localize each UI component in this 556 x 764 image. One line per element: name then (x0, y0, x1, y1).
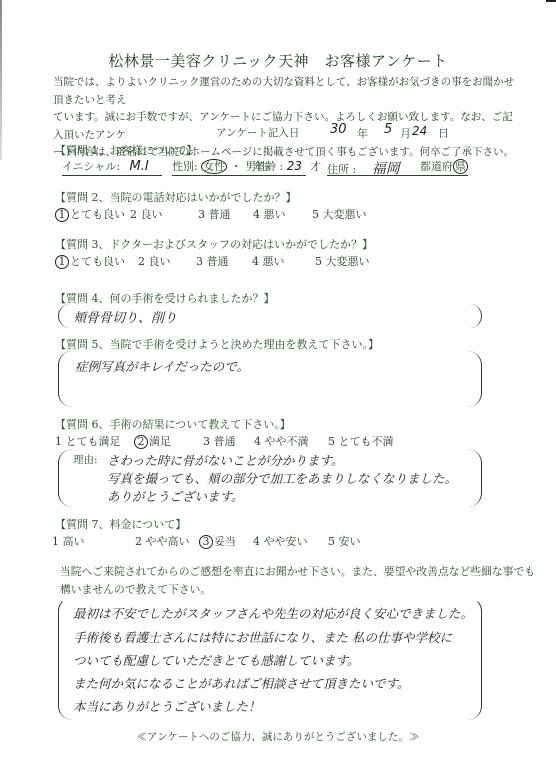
q3-option-5[interactable]: 5 大変悪い (315, 253, 370, 269)
q6-option-5-num: 5 (328, 435, 335, 448)
q3-option-3[interactable]: 3 普通 (196, 253, 229, 269)
q6-option-5-label: とても不満 (339, 435, 394, 448)
q7-option-3[interactable]: 3妥当 (199, 533, 236, 549)
q2-option-1[interactable]: 1とても良い (55, 206, 125, 222)
scan-edge-corner (546, 0, 556, 2)
q7-option-2-num: 2 (135, 535, 142, 548)
impressions-answer-box[interactable]: 最初は不安でしたがスタッフさんや先生の対応が良く安心できました。 手術後も看護士… (58, 597, 482, 720)
q6-option-4-label: やや不満 (265, 435, 309, 448)
q7-option-4-num: 4 (253, 535, 260, 548)
q6-option-2-label: 満足 (149, 435, 171, 448)
gender-field[interactable]: 性別: 女性 ・ 男性 (172, 158, 267, 176)
initials-label: イニシャル: (62, 160, 120, 173)
q3-option-2-label: 良い (149, 255, 171, 268)
q3-option-5-num: 5 (315, 255, 322, 268)
prefecture-option-ken[interactable]: 県 (453, 159, 468, 174)
q2-option-3-num: 3 (198, 208, 205, 221)
q6-option-3[interactable]: 3 普通 (203, 433, 236, 449)
scan-edge (0, 0, 2, 160)
q6-reason-line: 写真を撮っても、頬の部分で加工をあまりしなくなりました。 (107, 469, 457, 487)
address-label: 住所 : (327, 163, 356, 176)
q6-reason-line: さわった時に骨がないことが分かります。 (107, 451, 343, 469)
address-value: 福岡 (372, 161, 400, 177)
q6-option-3-label: 普通 (214, 435, 236, 448)
q1-heading: 【質問 1、お客様について】 (55, 142, 197, 158)
q3-option-5-label: 大変悪い (326, 255, 370, 268)
age-field[interactable]: 年齢 : 23 (254, 158, 306, 176)
q4-answer: 頬骨骨切り、削り (73, 307, 177, 326)
q6-option-4[interactable]: 4 やや不満 (254, 433, 309, 449)
q5-answer: 症例写真がキレイだったので。 (75, 357, 249, 375)
q7-option-5-label: 安い (339, 535, 361, 548)
q2-option-4[interactable]: 4 悪い (253, 206, 286, 222)
q6-option-1-label: とても満足 (66, 435, 121, 448)
gender-separator: ・ (231, 160, 242, 173)
q6-option-5[interactable]: 5 とても不満 (328, 433, 394, 449)
prefecture-field[interactable]: 都道府県 (420, 158, 468, 176)
q6-heading: 【質問 6、手術の結果について教えて下さい。】 (55, 416, 291, 432)
q6-option-2-num: 2 (134, 435, 148, 449)
impressions-answer-line: ついても配慮していただきとても感謝しています。 (73, 651, 360, 669)
entry-date-day-unit: 日 (438, 125, 449, 141)
q3-option-3-num: 3 (196, 255, 203, 268)
q3-option-4[interactable]: 4 悪い (252, 253, 285, 269)
q2-option-4-label: 悪い (264, 208, 286, 221)
q3-option-1-label: とても良い (70, 255, 125, 268)
q7-option-4-label: やや安い (264, 535, 308, 548)
q3-option-2-num: 2 (138, 255, 145, 268)
q7-option-1[interactable]: 1 高い (52, 533, 85, 549)
q2-option-1-label: とても良い (70, 208, 125, 221)
age-unit: 才 (310, 158, 321, 174)
q2-option-2-label: 良い (141, 208, 163, 221)
entry-date-month-unit: 月 (400, 125, 411, 141)
entry-date-year: 30 (330, 122, 347, 137)
q6-reason-line: ありがとうございます。 (107, 487, 244, 505)
q7-heading: 【質問 7、料金について】 (55, 516, 186, 532)
impressions-answer-line: 最初は不安でしたがスタッフさんや先生の対応が良く安心できました。 (73, 604, 473, 622)
q3-option-2[interactable]: 2 良い (138, 253, 171, 269)
gender-option-female[interactable]: 女性 (201, 159, 227, 174)
q7-option-4[interactable]: 4 やや安い (253, 533, 308, 549)
q2-option-1-num: 1 (55, 208, 69, 222)
initials-field[interactable]: イニシャル: M.I (62, 158, 162, 176)
q3-option-4-num: 4 (252, 255, 259, 268)
q5-answer-box[interactable]: 症例写真がキレイだったので。 (58, 351, 482, 407)
q6-option-3-num: 3 (203, 435, 210, 448)
q3-option-1[interactable]: 1とても良い (55, 253, 125, 269)
q7-option-5-num: 5 (328, 535, 335, 548)
q5-heading: 【質問 5、当院で手術を受けようと決めた理由を教えて下さい。】 (55, 336, 379, 352)
q7-option-3-label: 妥当 (214, 535, 236, 548)
q2-option-5-num: 5 (312, 208, 319, 221)
q6-option-1-num: 1 (55, 435, 62, 448)
impressions-answer-line: また何か気になることがあればご相談させて頂きたいです。 (73, 674, 410, 692)
q7-option-2[interactable]: 2 やや高い (135, 533, 190, 549)
q2-option-3-label: 普通 (209, 208, 231, 221)
age-label: 年齢 : (254, 160, 283, 173)
q2-option-4-num: 4 (253, 208, 260, 221)
q3-option-3-label: 普通 (207, 255, 229, 268)
impressions-prompt-line: 当院へご来院されてからのご感想を率直にお聞かせ下さい。また、要望や改善点など些細… (60, 564, 535, 579)
q6-reason-box[interactable]: 理由: さわった時に骨がないことが分かります。 写真を撮っても、頬の部分で加工を… (58, 449, 482, 507)
q6-option-2[interactable]: 2満足 (134, 433, 171, 449)
q7-option-1-label: 高い (63, 535, 85, 548)
entry-date-year-unit: 年 (357, 125, 368, 141)
q6-option-4-num: 4 (254, 435, 261, 448)
q3-option-1-num: 1 (55, 255, 69, 269)
impressions-answer-line: 本当にありがとうございました！ (73, 697, 261, 715)
q2-option-2[interactable]: 2 良い (130, 206, 163, 222)
age-value: 23 (287, 159, 302, 173)
entry-date-month: 5 (384, 122, 392, 137)
prefecture-suffix: 都道府 (420, 160, 453, 173)
q6-reason-label: 理由: (73, 452, 98, 467)
q3-heading: 【質問 3、ドクターおよびスタッフの対応はいかがでしたか？】 (55, 236, 373, 252)
q2-option-5-label: 大変悪い (323, 208, 367, 221)
q2-heading: 【質問 2、当院の電話対応はいかがでしたか？】 (55, 189, 297, 205)
footer-thanks: ≪アンケートへのご協力、誠にありがとうございました。≫ (0, 729, 556, 744)
q7-option-2-label: やや高い (146, 535, 190, 548)
document-title: 松林景一美容クリニック天神 お客様アンケート (0, 50, 556, 71)
q6-option-1[interactable]: 1 とても満足 (55, 433, 121, 449)
entry-date-day: 24 (412, 124, 427, 138)
q7-option-1-num: 1 (52, 535, 59, 548)
entry-date-label: アンケート記入日 (216, 125, 299, 140)
impressions-answer-line: 手術後も看護士さんには特にお世話になり、また 私の仕事や学校に (73, 628, 452, 646)
intro-line: 当院では、よりよいクリニック運営のための大切な資料として、お客様がお気づきの事を… (53, 74, 523, 109)
q2-option-2-num: 2 (130, 208, 137, 221)
q3-option-4-label: 悪い (263, 255, 285, 268)
q4-answer-box[interactable]: 頬骨骨切り、削り (58, 304, 482, 328)
q7-option-5[interactable]: 5 安い (328, 533, 361, 549)
initials-value: M.I (130, 159, 149, 174)
q7-option-3-num: 3 (199, 535, 213, 549)
q2-option-3[interactable]: 3 普通 (198, 206, 231, 222)
impressions-prompt-line: 構いませんので教えて下さい。 (60, 582, 211, 597)
gender-label: 性別: (172, 160, 198, 173)
q2-option-5[interactable]: 5 大変悪い (312, 206, 367, 222)
